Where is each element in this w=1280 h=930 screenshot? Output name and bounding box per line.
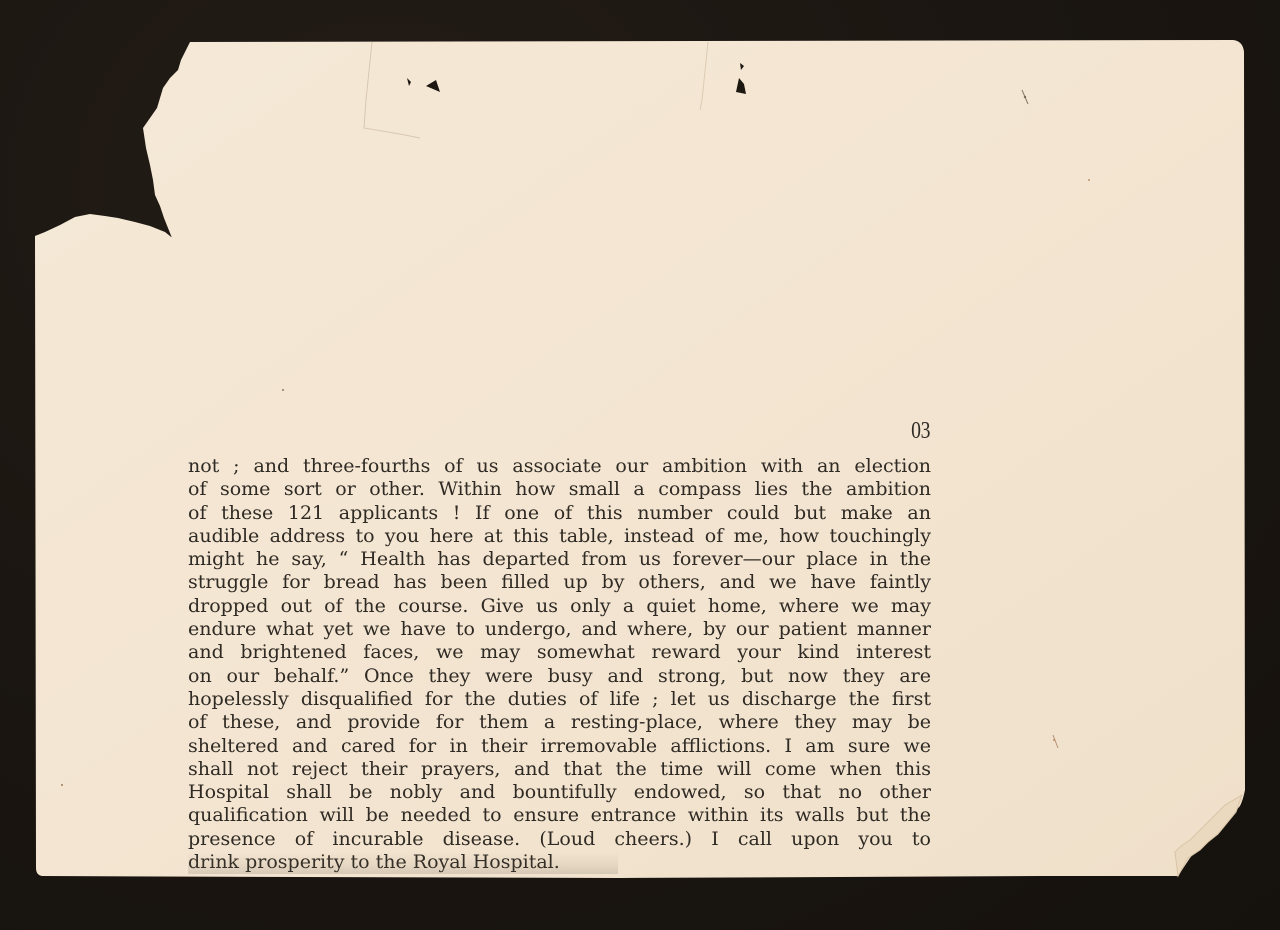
text-line: sheltered and cared for in their irremov…	[188, 735, 931, 758]
text-line: hopelessly disqualified for the duties o…	[188, 688, 931, 711]
text-line: presence of incurable disease. (Loud che…	[188, 828, 931, 851]
text-line: and brightened faces, we may somewhat re…	[188, 641, 931, 664]
text-line: dropped out of the course. Give us only …	[188, 595, 931, 618]
text-line: endure what yet we have to undergo, and …	[188, 618, 931, 641]
text-line: of some sort or other. Within how small …	[188, 478, 931, 501]
text-line: might he say, “ Health has departed from…	[188, 548, 931, 571]
text-line: of these, and provide for them a resting…	[188, 711, 931, 734]
text-line-last: drink prosperity to the Royal Hospital.	[188, 851, 560, 874]
text-line: struggle for bread has been filled up by…	[188, 571, 931, 594]
page-number: 03	[889, 418, 930, 445]
text-line: on our behalf.” Once they were busy and …	[188, 665, 931, 688]
text-line: shall not reject their prayers, and that…	[188, 758, 931, 781]
text-line: audible address to you here at this tabl…	[188, 525, 931, 548]
text-line: Hospital shall be nobly and bountifully …	[188, 781, 931, 804]
text-line: not ; and three-fourths of us associate …	[188, 455, 931, 478]
document-body-text: not ; and three-fourths of us associate …	[188, 455, 931, 874]
scanned-document-scene: 03 not ; and three-fourths of us associa…	[0, 0, 1280, 930]
text-line: qualification will be needed to ensure e…	[188, 804, 931, 827]
text-line: of these 121 applicants ! If one of this…	[188, 502, 931, 525]
